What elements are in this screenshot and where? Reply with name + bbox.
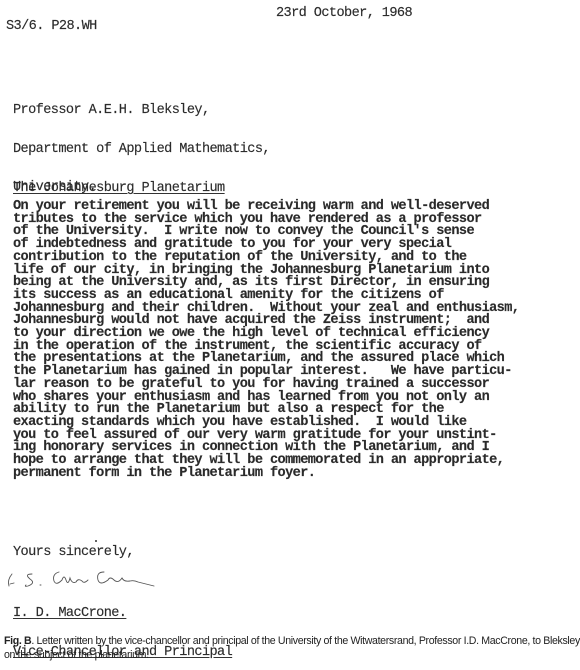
letter-date: 23rd October, 1968 bbox=[276, 6, 412, 21]
figure-caption: Fig. B. Letter written by the vice-chanc… bbox=[4, 634, 580, 662]
recipient-line: Professor A.E.H. Bleksley, bbox=[13, 105, 270, 118]
body-line: permanent form in the Planetarium foyer. bbox=[13, 468, 519, 481]
recipient-line: Department of Applied Mathematics, bbox=[13, 144, 270, 157]
closing: Yours sincerely, bbox=[13, 545, 134, 560]
letter-body: On your retirement you will be receiving… bbox=[13, 201, 519, 480]
reference-code: S3/6. P28.WH bbox=[6, 19, 97, 34]
figure-label: Fig. B bbox=[4, 635, 31, 647]
signer-name: I. D. MacCrone. bbox=[13, 608, 232, 621]
ink-speck bbox=[95, 540, 97, 542]
letter-subject: The Johannesburg Planetarium bbox=[13, 181, 225, 196]
caption-text: . Letter written by the vice-chancellor … bbox=[4, 635, 580, 661]
